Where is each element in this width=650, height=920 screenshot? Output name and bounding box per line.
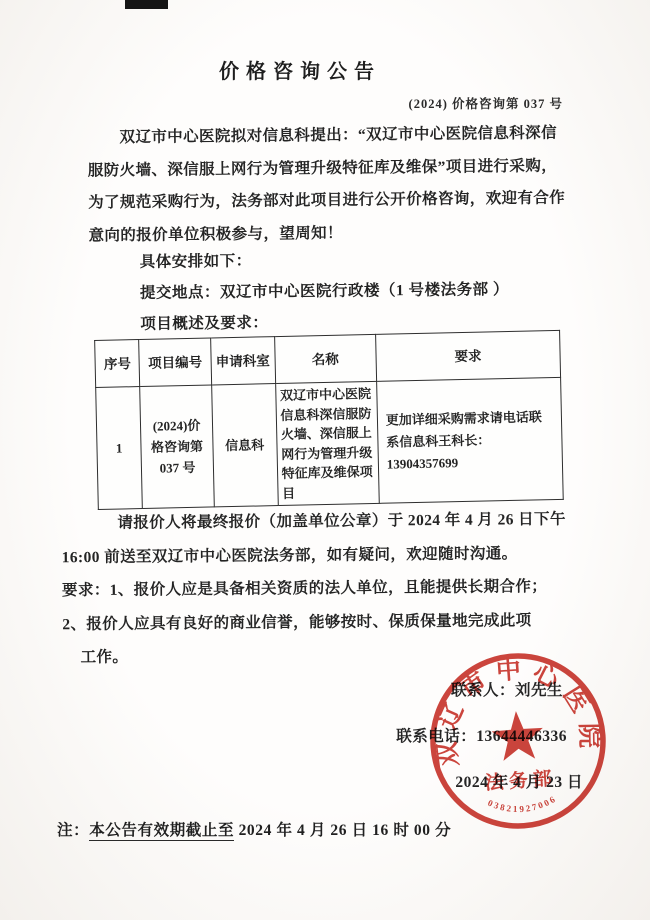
arrangement-section: 具体安排如下： 提交地点：双辽市中心医院行政楼（1 号楼法务部 ） 项目概述及要… — [140, 243, 510, 340]
doc-number: (2024) 价格咨询第 037 号 — [35, 94, 563, 112]
scan-artifact — [125, 0, 168, 9]
closing-line: 请报价人将最终报价（加盖单位公章）于 2024 年 4 月 26 日下午 — [61, 503, 581, 541]
cell-name: 双辽市中心医院信息科深信服防火墙、深信服上网行为管理升级特征库及维保项目 — [275, 381, 379, 505]
column-header-dept: 申请科室 — [210, 337, 275, 385]
seal-dept-text: 法务部 — [484, 766, 557, 794]
page-title: 价格咨询公告 — [35, 55, 565, 84]
cell-requirement: 更加详细采购需求请电话联系信息科王科长：13904357699 — [376, 377, 563, 503]
cell-no: 1 — [96, 387, 143, 510]
validity-note: 注：本公告有效期截止至 2024 年 4 月 26 日 16 时 00 分 — [57, 818, 451, 840]
official-seal: 双辽市中心医院 法务部 03821927006 — [417, 640, 620, 843]
note-prefix: 注： — [57, 822, 89, 839]
closing-line: 要求：1、报价人应是具备相关资质的法人单位，且能提供长期合作； — [62, 570, 582, 608]
closing-line: 16:00 前送至双辽市中心医院法务部，如有疑问，欢迎随时沟通。 — [62, 536, 582, 574]
submission-location: 提交地点：双辽市中心医院行政楼（1 号楼法务部 ） — [140, 274, 509, 309]
column-header-project-no: 项目编号 — [139, 338, 211, 387]
cell-dept: 信息科 — [211, 384, 278, 507]
intro-paragraph: 双辽市中心医院拟对信息科提出：“双辽市中心医院信息科深信 服防火墙、深信服上网行… — [87, 118, 566, 253]
arrangement-heading: 具体安排如下： — [140, 243, 509, 278]
cell-project-no: (2024)价格咨询第 037 号 — [140, 385, 214, 509]
scanned-document-page: 价格咨询公告 (2024) 价格咨询第 037 号 双辽市中心医院拟对信息科提出… — [0, 0, 650, 920]
column-header-requirement: 要求 — [375, 330, 560, 381]
project-table: 序号 项目编号 申请科室 名称 要求 1 (2024)价格咨询第 037 号 信… — [94, 330, 564, 510]
intro-line: 为了规范采购行为，法务部对此项目进行公开价格咨询，欢迎有合作 — [88, 182, 566, 220]
note-rest: 2024 年 4 月 26 日 16 时 00 分 — [234, 822, 451, 839]
note-underlined-text: 本公告有效期截止至 — [89, 822, 234, 841]
closing-line: 2、报价人应具有良好的商业信誉，能够按时、保质保量地完成此项 — [62, 603, 582, 641]
table-row: 1 (2024)价格咨询第 037 号 信息科 双辽市中心医院信息科深信服防火墙… — [96, 377, 564, 509]
star-icon — [490, 709, 545, 761]
intro-line: 服防火墙、深信服上网行为管理升级特征库及维保”项目进行采购， — [88, 150, 566, 188]
column-header-name: 名称 — [274, 334, 376, 383]
intro-line: 双辽市中心医院拟对信息科提出：“双辽市中心医院信息科深信 — [87, 118, 565, 156]
column-header-no: 序号 — [95, 340, 140, 388]
seal-serial: 03821927006 — [486, 793, 560, 816]
seal-org-arc-text: 双辽市中心医院 — [427, 650, 605, 768]
